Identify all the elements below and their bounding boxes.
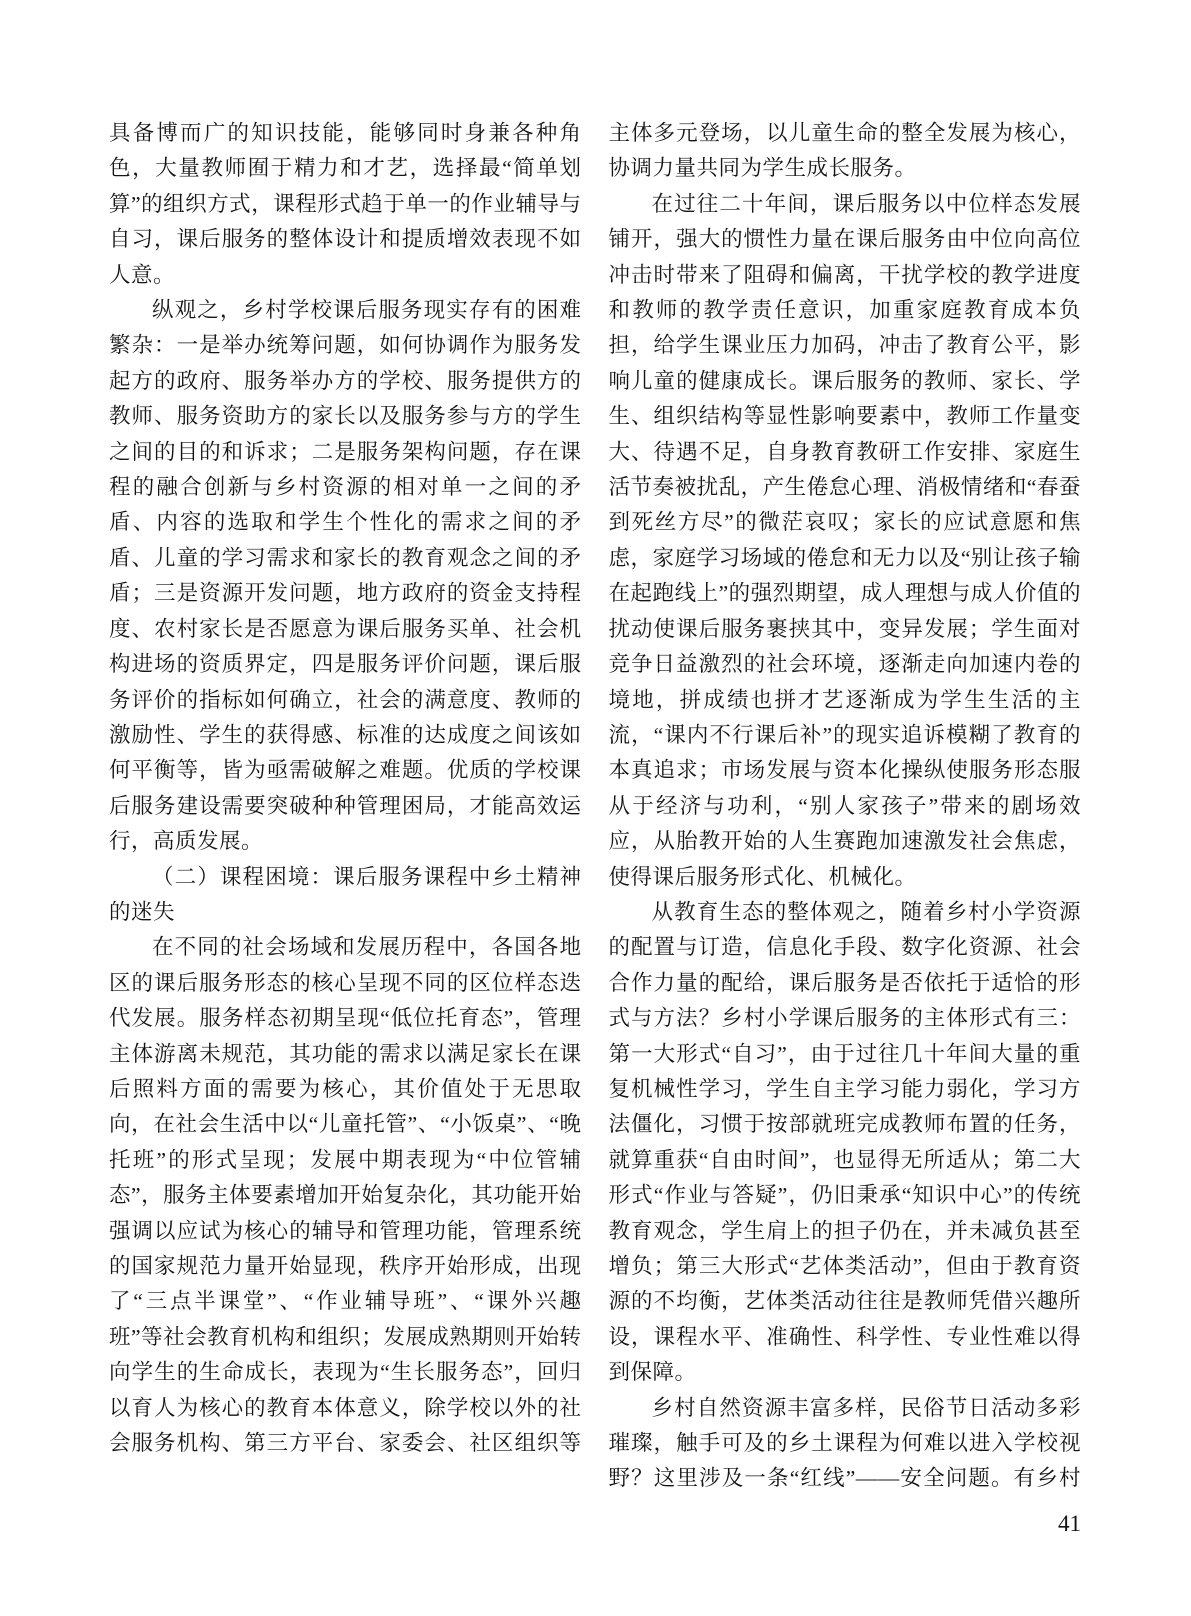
section-heading-curriculum-dilemma: （二）课程困境：课后服务课程中乡土精神的迷失 xyxy=(109,860,582,931)
text-columns: 具备博而广的知识技能，能够同时身兼各种角色，大量教师囿于精力和才艺，选择最“简单… xyxy=(109,116,1081,1504)
document-page: 具备博而广的知识技能，能够同时身兼各种角色，大量教师囿于精力和才艺，选择最“简单… xyxy=(0,0,1191,1616)
paragraph-past-twenty-years: 在过往二十年间，课后服务以中位样态发展铺开，强大的惯性力量在课后服务由中位向高位… xyxy=(609,187,1082,895)
paragraph-continuation: 具备博而广的知识技能，能够同时身兼各种角色，大量教师囿于精力和才艺，选择最“简单… xyxy=(109,116,582,293)
page-number: 41 xyxy=(109,1510,1081,1538)
paragraph-education-ecology: 从教育生态的整体观之，随着乡村小学资源的配置与订造，信息化手段、数字化资源、社会… xyxy=(609,895,1082,1391)
paragraph-overview-difficulties: 纵观之，乡村学校课后服务现实存有的困难繁杂：一是举办统筹问题，如何协调作为服务发… xyxy=(109,293,582,860)
